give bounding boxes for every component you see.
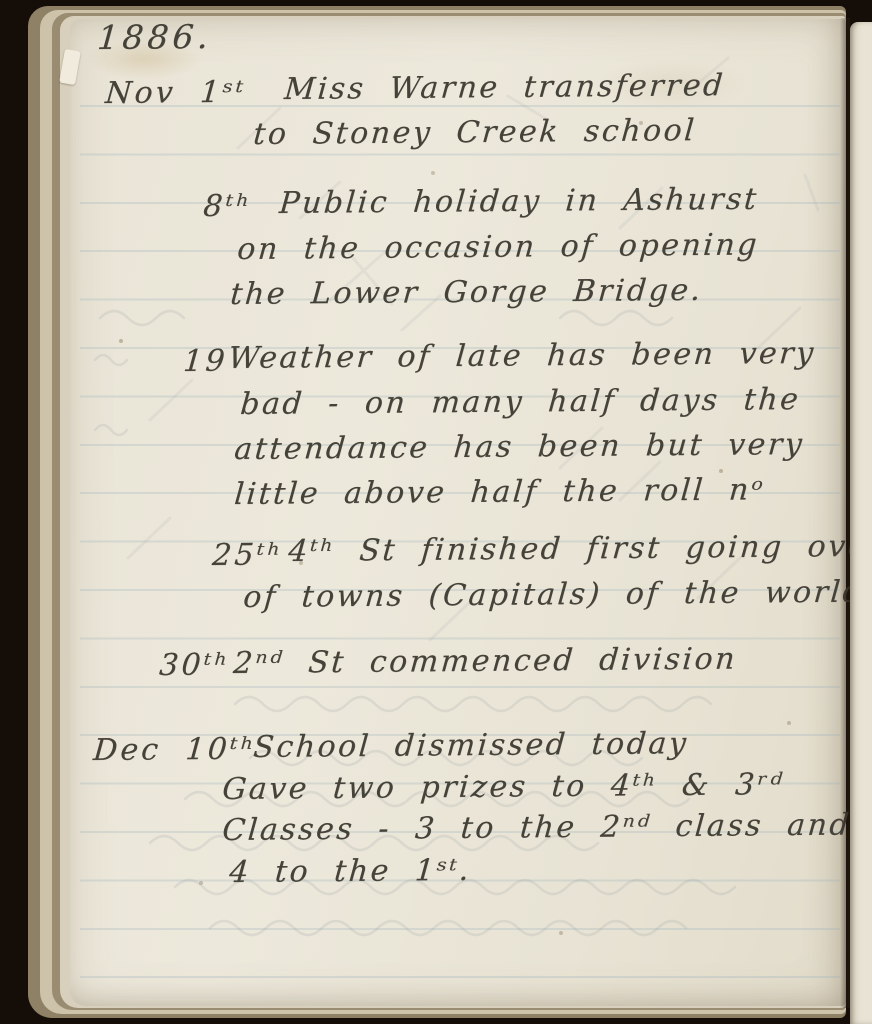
- entry-25th-line-2: of towns (Capitals) of the world.: [242, 574, 872, 615]
- entry-19th-line-2: bad - on many half days the: [239, 382, 802, 422]
- gutter-shadow: [840, 18, 850, 1008]
- entry-nov1-date: Nov 1ˢᵗ: [104, 75, 247, 111]
- entry-30th-date: 30ᵗʰ: [158, 647, 231, 683]
- entry-dec10-date: Dec 10ᵗʰ: [92, 732, 258, 768]
- entry-dec10-line-2: Gave two prizes to 4ᵗʰ & 3ʳᵈ: [221, 767, 786, 807]
- entry-30th-line-1: 2ⁿᵈ St commenced division: [232, 642, 738, 681]
- entry-19th-line-1: Weather of late has been very: [227, 336, 817, 376]
- entry-25th-line-1: 4ᵗʰ St finished first going over: [287, 529, 872, 569]
- entry-19th-line-4: little above half the roll nᵒ: [233, 472, 766, 512]
- entry-8th-line-1: Public holiday in Ashurst: [278, 182, 760, 221]
- entry-dec10-line-1: School dismissed today: [252, 726, 690, 765]
- entry-nov1-line-2: to Stoney Creek school: [252, 113, 698, 152]
- entry-nov1-line-1: Miss Warne transferred: [283, 68, 726, 107]
- photograph-background: 1886. Nov 1ˢᵗ Miss Warne transferred to …: [0, 0, 872, 1024]
- year-heading: 1886.: [96, 17, 214, 57]
- facing-page-edge: [850, 22, 872, 1024]
- entry-dec10-line-4: 4 to the 1ˢᵗ.: [228, 853, 473, 890]
- entry-19th-line-3: attendance has been but very: [233, 427, 806, 467]
- entry-8th-line-2: on the occasion of opening: [236, 227, 760, 267]
- entry-8th-line-3: the Lower Gorge Bridge.: [229, 273, 704, 312]
- entry-dec10-line-3: Classes - 3 to the 2ⁿᵈ class and: [221, 808, 853, 848]
- entry-8th-date: 8ᵗʰ: [202, 189, 253, 224]
- entry-19th-date: 19: [182, 344, 229, 379]
- entry-25th-date: 25ᵗʰ: [211, 537, 284, 573]
